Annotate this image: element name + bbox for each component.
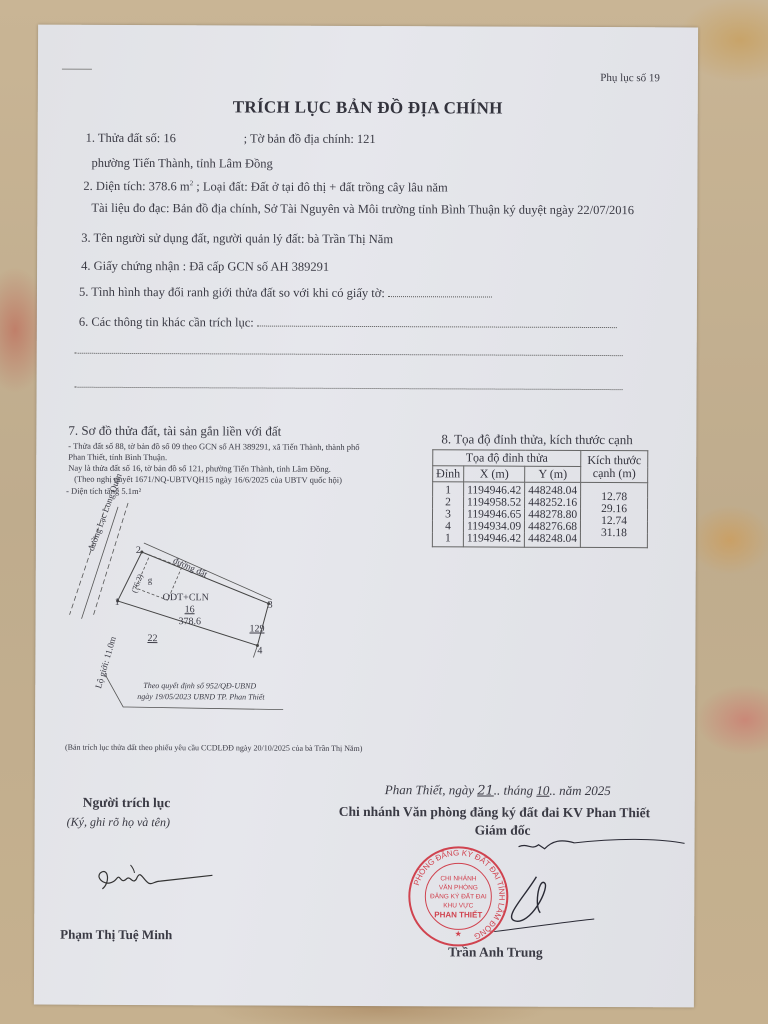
extractor-title: Người trích lục <box>83 795 171 811</box>
vertex-1-label: 1 <box>115 597 120 608</box>
neighbor-parcel-right: 129 <box>249 623 264 634</box>
corner-mark <box>62 69 92 70</box>
header-y: Y (m) <box>525 466 581 482</box>
y-coordinate: 448278.80 <box>525 509 581 521</box>
svg-text:CHI NHÁNH: CHI NHÁNH <box>440 873 476 882</box>
edge-length: 29.16 <box>584 503 644 515</box>
vertex-id: 1 <box>433 482 464 497</box>
dotted-fill <box>388 286 492 297</box>
dotted-fill <box>257 316 617 329</box>
land-type: ; Loại đất: Đất ở tại đô thị + đất trồng… <box>193 179 448 194</box>
neighbor-parcel-left: 22 <box>147 633 157 644</box>
y-coordinate: 448276.68 <box>525 521 581 533</box>
map-sheet-number: ; Tờ bản đồ địa chính: 121 <box>244 131 376 147</box>
y-coordinate: 448248.04 <box>525 533 581 548</box>
decision-note-line-2: ngày 19/05/2023 UBND TP. Phan Thiết <box>137 692 264 702</box>
land-user-name: 3. Tên người sử dụng đất, người quản lý … <box>81 231 393 247</box>
extractor-hint: (Ký, ghi rõ họ và tên) <box>67 815 170 830</box>
header-edge-length: Kích thước cạnh (m) <box>581 450 648 482</box>
date-line: Phan Thiết, ngày 21.. tháng 10.. năm 202… <box>385 782 611 799</box>
vertex-2-label: 2 <box>136 545 141 556</box>
x-coordinate: 1194946.42 <box>464 482 525 497</box>
coordinate-row: 11194946.42448248.0412.7829.1612.7431.18 <box>433 482 648 497</box>
decision-note-line-1: Theo quyết định số 952/QĐ-UBND <box>143 681 256 690</box>
vertex-id: 1 <box>432 532 463 547</box>
office-name: Chi nhánh Văn phòng đăng ký đất đai KV P… <box>339 804 650 821</box>
appendix-label: Phụ lục số 19 <box>600 72 660 84</box>
edge-length: 31.18 <box>584 527 644 539</box>
inner-code-label: g <box>148 575 153 585</box>
dotted-line <box>75 377 623 390</box>
document-title: TRÍCH LỤC BẢN ĐỒ ĐỊA CHÍNH <box>38 97 698 120</box>
certificate-number: 4. Giấy chứng nhận : Đã cấp GCN số AH 38… <box>81 259 329 275</box>
parcel-number: 1. Thửa đất số: 16 <box>86 131 176 146</box>
svg-text:KHU VỰC: KHU VỰC <box>443 902 473 909</box>
section-8-title: 8. Tọa độ đỉnh thửa, kích thước cạnh <box>441 431 633 448</box>
boundary-change-label: 5. Tình hình thay đổi ranh giới thửa đất… <box>79 285 492 302</box>
extractor-name: Phạm Thị Tuệ Minh <box>60 927 172 943</box>
section-7-note-1: - Thửa đất số 88, tờ bản đồ số 09 theo G… <box>68 441 368 464</box>
date-day: 21 <box>477 783 494 798</box>
coordinate-rows: 11194946.42448248.0412.7829.1612.7431.18… <box>432 482 647 548</box>
edge-length: 12.78 <box>584 491 644 503</box>
parcel-land-code: ODT+CLN <box>163 592 209 603</box>
cadastral-extract-document: Phụ lục số 19 TRÍCH LỤC BẢN ĐỒ ĐỊA CHÍNH… <box>34 25 698 1008</box>
vertex-id: 4 <box>432 520 463 532</box>
x-coordinate: 1194934.09 <box>463 520 524 532</box>
parcel-number-label: 16 <box>185 604 195 615</box>
director-name: Trần Anh Trung <box>448 944 543 960</box>
x-coordinate: 1194946.42 <box>463 532 524 547</box>
area-value: 2. Diện tích: 378.6 m <box>83 179 189 193</box>
vertex-4-label: 4 <box>257 646 262 657</box>
header-x: X (m) <box>464 466 525 482</box>
x-coordinate: 1194958.52 <box>464 496 525 508</box>
header-vertex-coords: Tọa độ đỉnh thửa <box>433 450 581 467</box>
vertex-3-label: 3 <box>268 600 273 611</box>
survey-document: Tài liệu đo đạc: Bản đồ địa chính, Sở Tà… <box>91 201 634 218</box>
extractor-signature <box>90 859 220 900</box>
section-7-title: 7. Sơ đồ thửa đất, tài sản gắn liền với … <box>68 423 281 440</box>
edge-lengths: 12.7829.1612.7431.18 <box>580 482 647 547</box>
edge-length: 12.74 <box>584 515 644 527</box>
header-vertex: Đỉnh <box>433 466 464 482</box>
x-coordinate: 1194946.65 <box>463 508 524 520</box>
director-signature <box>474 836 694 947</box>
ward-province: phường Tiến Thành, tỉnh Lâm Đồng <box>92 156 273 172</box>
other-info-label: 6. Các thông tin khác cần trích lục: <box>79 315 617 332</box>
vertex-id: 2 <box>433 496 464 508</box>
svg-text:VĂN PHÒNG: VĂN PHÒNG <box>439 882 478 891</box>
area-and-land-type: 2. Diện tích: 378.6 m2 ; Loại đất: Đất ở… <box>83 179 447 196</box>
vertex-id: 3 <box>432 508 463 520</box>
y-coordinate: 448248.04 <box>525 482 581 497</box>
date-month: 10 <box>536 783 549 798</box>
coordinate-table: Tọa độ đỉnh thửa Kích thước cạnh (m) Đỉn… <box>432 449 649 548</box>
svg-text:★: ★ <box>455 929 462 938</box>
parcel-area-label: 378.6 <box>179 616 202 627</box>
request-note: (Bản trích lục thửa đất theo phiếu yêu c… <box>65 743 363 753</box>
y-coordinate: 448252.16 <box>525 497 581 509</box>
dotted-line <box>75 343 623 356</box>
